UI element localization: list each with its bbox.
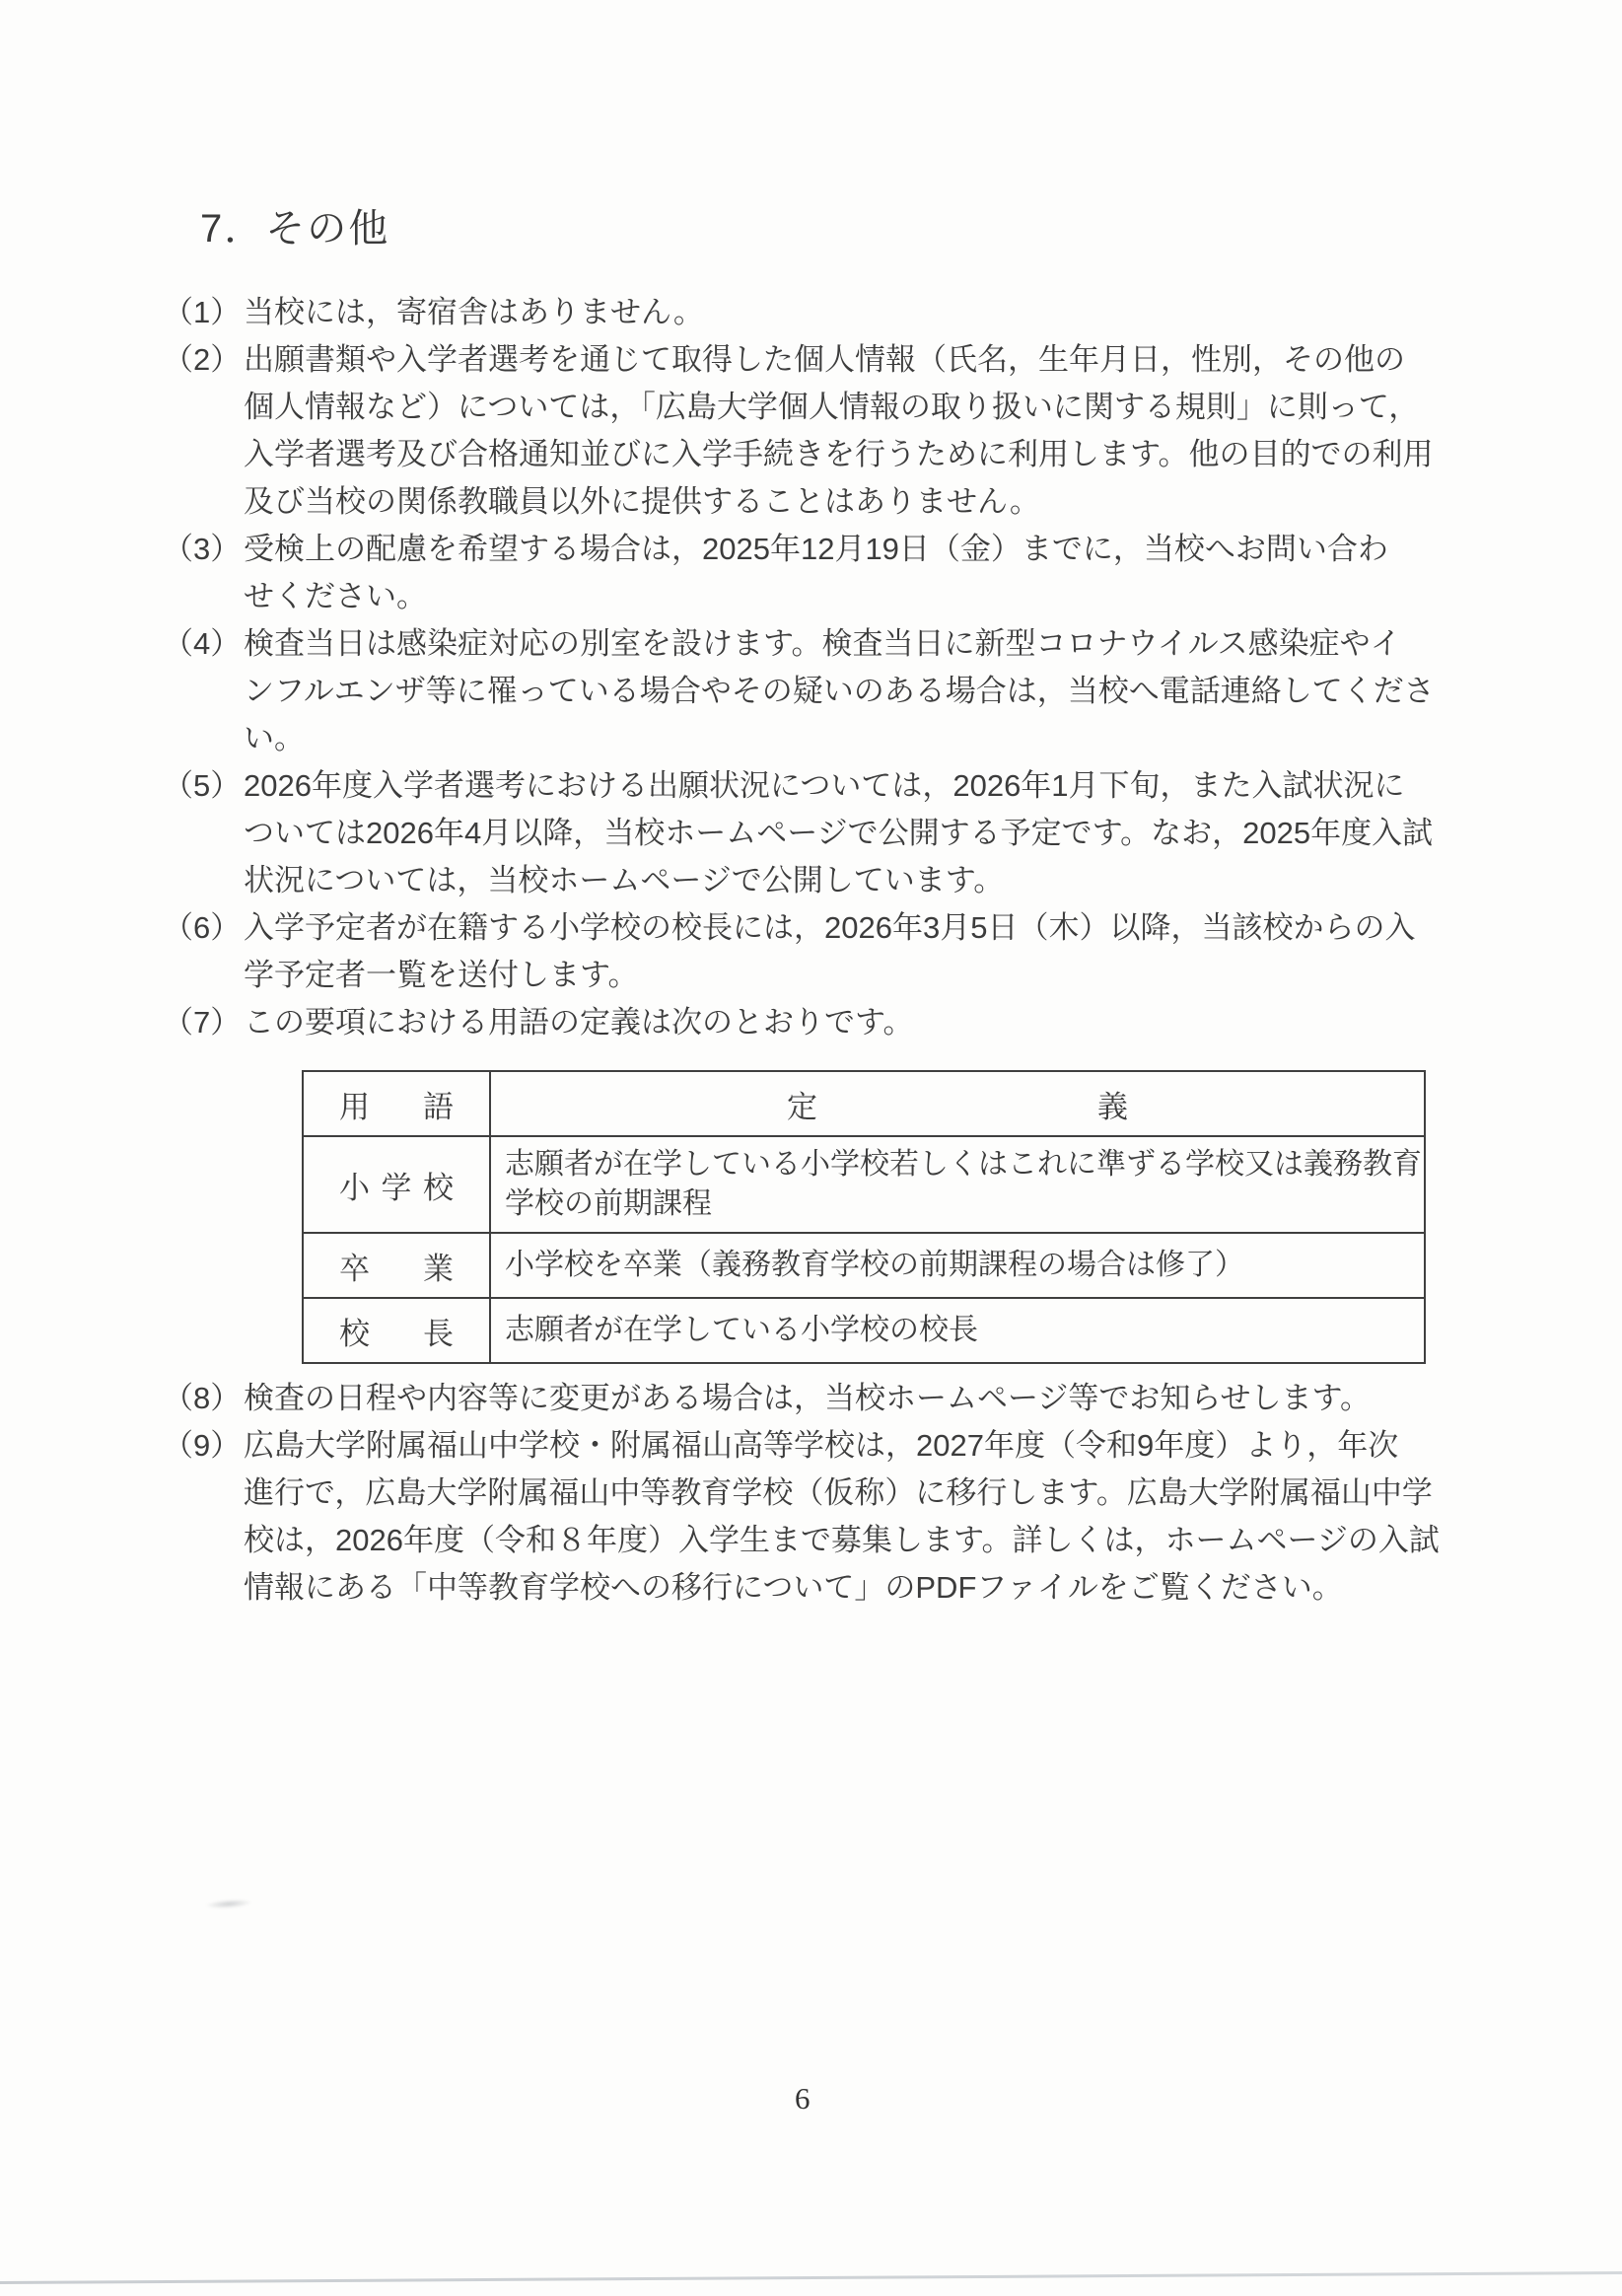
document-page: 7．その他 （1）当校には，寄宿舎はありません。 （2）出願書類や入学者選考を通… xyxy=(0,0,1622,2296)
list-item-line: ついては2026年4月以降，当校ホームページで公開する予定です。なお，2025年… xyxy=(163,810,1504,857)
table-row: 小学校 志願者が在学している小学校若しくはこれに準ずる学校又は義務教育 学校の前… xyxy=(303,1136,1425,1233)
item-text: 入学予定者が在籍する小学校の校長には，2026年3月5日（木）以降，当該校からの… xyxy=(244,910,1415,945)
page-number: 6 xyxy=(795,2081,811,2117)
terms-definition-table: 用語 定義 小学校 志願者が在学している小学校若しくはこれに準ずる学校又は義務教… xyxy=(302,1070,1426,1364)
table-cell-term: 校長 xyxy=(303,1298,490,1363)
definition-line: 学校の前期課程 xyxy=(505,1184,1414,1224)
item-text: 当校には，寄宿舎はありません。 xyxy=(244,295,704,329)
item-number: （5） xyxy=(163,762,244,810)
item-number: （8） xyxy=(163,1375,244,1422)
items-list-lower: （8）検査の日程や内容等に変更がある場合は，当校ホームページ等でお知らせします。… xyxy=(163,1375,1504,1612)
scan-artifact-edge-line xyxy=(0,2271,1622,2284)
list-item-line: （6）入学予定者が在籍する小学校の校長には，2026年3月5日（木）以降，当該校… xyxy=(163,904,1504,952)
list-item-line: 入学者選考及び合格通知並びに入学手続きを行うために利用します。他の目的での利用 xyxy=(163,431,1504,478)
table-row: 卒業 小学校を卒業（義務教育学校の前期課程の場合は修了） xyxy=(303,1233,1425,1298)
definition-line: 小学校を卒業（義務教育学校の前期課程の場合は修了） xyxy=(505,1246,1414,1285)
table-cell-term: 小学校 xyxy=(303,1136,490,1233)
list-item-line: （5）2026年度入学者選考における出願状況については，2026年1月下旬，また… xyxy=(163,762,1504,810)
item-number: （4） xyxy=(163,620,244,668)
item-text: この要項における用語の定義は次のとおりです。 xyxy=(244,1005,914,1040)
list-item-line: 個人情報など）については，「広島大学個人情報の取り扱いに関する規則」に則って， xyxy=(163,384,1504,431)
table-row: 校長 志願者が在学している小学校の校長 xyxy=(303,1298,1425,1363)
table-header-definition: 定義 xyxy=(490,1071,1425,1136)
list-item-line: い。 xyxy=(163,715,1504,762)
list-item-line: せください。 xyxy=(163,573,1504,620)
list-item-line: 状況については，当校ホームページで公開しています。 xyxy=(163,857,1504,904)
list-item-line: （1）当校には，寄宿舎はありません。 xyxy=(163,289,1504,336)
item-number: （1） xyxy=(163,289,244,336)
scan-artifact-smudge xyxy=(205,1898,253,1909)
list-item-line: 及び当校の関係教職員以外に提供することはありません。 xyxy=(163,478,1504,526)
item-number: （7） xyxy=(163,999,244,1046)
item-number: （2） xyxy=(163,336,244,384)
table-header-term: 用語 xyxy=(303,1071,490,1136)
definition-line: 志願者が在学している小学校の校長 xyxy=(505,1311,1414,1350)
table-header-row: 用語 定義 xyxy=(303,1071,1425,1136)
table-cell-term: 卒業 xyxy=(303,1233,490,1298)
item-number: （9） xyxy=(163,1422,244,1470)
list-item-line: 校は，2026年度（令和８年度）入学生まで募集します。詳しくは，ホームページの入… xyxy=(163,1517,1504,1564)
item-text: 出願書類や入学者選考を通じて取得した個人情報（氏名，生年月日，性別，その他の xyxy=(244,342,1405,377)
item-number: （6） xyxy=(163,904,244,952)
list-item-line: （2）出願書類や入学者選考を通じて取得した個人情報（氏名，生年月日，性別，その他… xyxy=(163,336,1504,384)
item-text: 検査当日は感染症対応の別室を設けます。検査当日に新型コロナウイルス感染症やイ xyxy=(244,626,1401,661)
list-item-line: （9）広島大学附属福山中学校・附属福山高等学校は，2027年度（令和9年度）より… xyxy=(163,1422,1504,1470)
table-cell-definition: 志願者が在学している小学校若しくはこれに準ずる学校又は義務教育 学校の前期課程 xyxy=(490,1136,1425,1233)
list-item-line: （4）検査当日は感染症対応の別室を設けます。検査当日に新型コロナウイルス感染症や… xyxy=(163,620,1504,668)
list-item-line: 情報にある「中等教育学校への移行について」のPDFファイルをご覧ください。 xyxy=(163,1564,1504,1612)
list-item-line: （7）この要項における用語の定義は次のとおりです。 xyxy=(163,999,1504,1046)
table-cell-definition: 志願者が在学している小学校の校長 xyxy=(490,1298,1425,1363)
section-heading: 7．その他 xyxy=(200,197,389,253)
table-cell-definition: 小学校を卒業（義務教育学校の前期課程の場合は修了） xyxy=(490,1233,1425,1298)
list-item-line: 学予定者一覧を送付します。 xyxy=(163,952,1504,999)
item-text: 広島大学附属福山中学校・附属福山高等学校は，2027年度（令和9年度）より，年次 xyxy=(244,1428,1398,1463)
items-list-upper: （1）当校には，寄宿舎はありません。 （2）出願書類や入学者選考を通じて取得した… xyxy=(163,289,1504,1046)
list-item-line: （8）検査の日程や内容等に変更がある場合は，当校ホームページ等でお知らせします。 xyxy=(163,1375,1504,1422)
item-text: 検査の日程や内容等に変更がある場合は，当校ホームページ等でお知らせします。 xyxy=(244,1381,1371,1415)
item-text: 2026年度入学者選考における出願状況については，2026年1月下旬，また入試状… xyxy=(244,768,1405,803)
list-item-line: ンフルエンザ等に罹っている場合やその疑いのある場合は，当校へ電話連絡してくださ xyxy=(163,668,1504,715)
list-item-line: （3）受検上の配慮を希望する場合は，2025年12月19日（金）までに，当校へお… xyxy=(163,526,1504,573)
definition-line: 志願者が在学している小学校若しくはこれに準ずる学校又は義務教育 xyxy=(505,1145,1414,1184)
list-item-line: 進行で，広島大学附属福山中等教育学校（仮称）に移行します。広島大学附属福山中学 xyxy=(163,1470,1504,1517)
item-number: （3） xyxy=(163,526,244,573)
item-text: 受検上の配慮を希望する場合は，2025年12月19日（金）までに，当校へお問い合… xyxy=(244,532,1388,566)
